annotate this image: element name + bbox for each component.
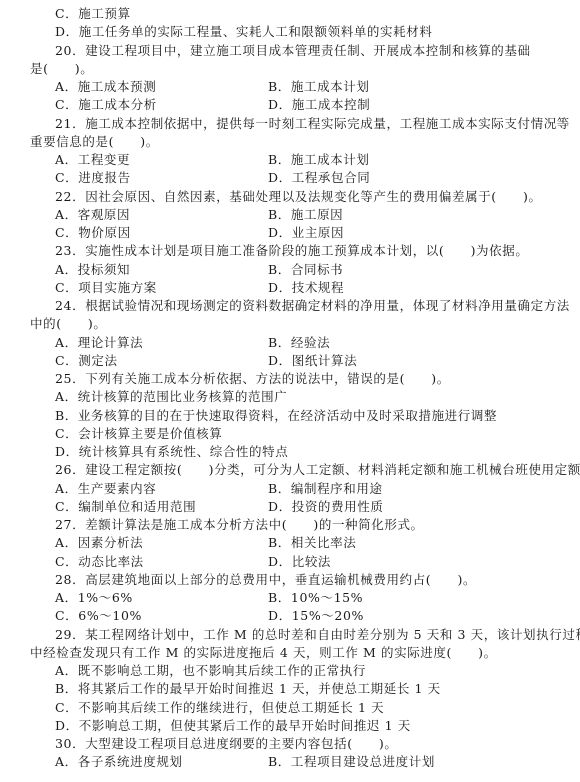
- option-line: D．统计核算具有系统性、综合性的特点: [55, 443, 288, 461]
- option-a: A．施工成本预测: [55, 78, 156, 96]
- option-d: D．工程承包合同: [268, 169, 370, 187]
- option-d: D．施工成本控制: [268, 96, 370, 114]
- question-line: 21．施工成本控制依据中，提供每一时刻工程实际完成量，工程施工成本实际支付情况等: [55, 115, 570, 133]
- question-continuation: 中的( )。: [30, 315, 106, 333]
- question-continuation: 是( )。: [30, 60, 93, 78]
- option-line: D．不影响总工期，但使其紧后工作的最早开始时间推迟 1 天: [55, 717, 411, 735]
- option-a: A．生产要素内容: [55, 480, 156, 498]
- option-c: C．物价原因: [55, 224, 131, 242]
- option-d: D．比较法: [268, 553, 331, 571]
- question-line: 26．建设工程定额按( )分类，可分为人工定额、材料消耗定额和施工机械台班使用定…: [55, 461, 580, 479]
- option-b: B．10%～15%: [268, 589, 363, 607]
- option-c: C．动态比率法: [55, 553, 144, 571]
- option-a: A．理论计算法: [55, 334, 143, 352]
- question-line: 20．建设工程项目中，建立施工项目成本管理责任制、开展成本控制和核算的基础: [55, 42, 531, 60]
- question-continuation: 重要信息的是( )。: [30, 133, 159, 151]
- option-d: D．15%～20%: [268, 607, 364, 625]
- question-line: 28．高层建筑地面以上部分的总费用中，垂直运输机械费用约占( )。: [55, 571, 476, 589]
- option-c: C．测定法: [55, 352, 118, 370]
- option-a: A．各子系统进度规划: [55, 753, 183, 771]
- option-a: A．客观原因: [55, 206, 130, 224]
- option-b: B．施工成本计划: [268, 151, 370, 169]
- option-d: D．图纸计算法: [268, 352, 357, 370]
- option-b: B．施工原因: [268, 206, 343, 224]
- option-a: A．投标须知: [55, 261, 130, 279]
- option-line: A．既不影响总工期，也不影响其后续工作的正常执行: [55, 662, 366, 680]
- question-line: 27．差额计算法是施工成本分析方法中( )的一种简化形式。: [55, 516, 424, 534]
- option-c: C．施工成本分析: [55, 96, 157, 114]
- option-a: A．因素分析法: [55, 534, 143, 552]
- option-d: D．投资的费用性质: [268, 498, 383, 516]
- option-line: D．施工任务单的实际工程量、实耗人工和限额领料单的实耗材料: [55, 23, 432, 41]
- option-line: C．不影响其后续工作的继续进行，但使总工期延长 1 天: [55, 699, 384, 717]
- option-a: A．1%～6%: [55, 589, 133, 607]
- option-b: B．工程项目建设总进度计划: [268, 753, 435, 771]
- option-line: C．会计核算主要是价值核算: [55, 425, 222, 443]
- option-b: B．经验法: [268, 334, 330, 352]
- option-c: C．6%～10%: [55, 607, 142, 625]
- option-b: B．编制程序和用途: [268, 480, 383, 498]
- option-b: B．施工成本计划: [268, 78, 370, 96]
- question-line: 24．根据试验情况和现场测定的资料数据确定材料的净用量，体现了材料净用量确定方法: [55, 297, 570, 315]
- option-c: C．项目实施方案: [55, 279, 157, 297]
- question-line: 29．某工程网络计划中，工作 M 的总时差和自由时差分别为 5 天和 3 天，该…: [55, 626, 580, 644]
- option-d: D．业主原因: [268, 224, 344, 242]
- option-d: D．技术规程: [268, 279, 344, 297]
- option-c: C．进度报告: [55, 169, 131, 187]
- option-line: B．业务核算的目的在于快速取得资料，在经济活动中及时采取措施进行调整: [55, 407, 497, 425]
- question-line: 30．大型建设工程项目总进度纲要的主要内容包括( )。: [55, 735, 397, 753]
- option-b: B．合同标书: [268, 261, 343, 279]
- question-line: 23．实施性成本计划是项目施工准备阶段的施工预算成本计划，以( )为依据。: [55, 242, 528, 260]
- option-line: A．统计核算的范围比业务核算的范围广: [55, 388, 287, 406]
- option-c: C．编制单位和适用范围: [55, 498, 196, 516]
- option-line: B．将其紧后工作的最早开始时间推迟 1 天，并使总工期延长 1 天: [55, 680, 441, 698]
- option-b: B．相关比率法: [268, 534, 356, 552]
- question-continuation: 中经检查发现只有工作 M 的实际进度拖后 4 天，则工作 M 的实际进度( )。: [30, 644, 497, 662]
- option-a: A．工程变更: [55, 151, 130, 169]
- question-line: 25．下列有关施工成本分析依据、方法的说法中，错误的是( )。: [55, 370, 450, 388]
- document-page: C．施工预算 D．施工任务单的实际工程量、实耗人工和限额领料单的实耗材料 20．…: [0, 0, 580, 782]
- option-line: C．施工预算: [55, 5, 131, 23]
- question-line: 22．因社会原因、自然因素，基础处理以及法规变化等产生的费用偏差属于( )。: [55, 188, 542, 206]
